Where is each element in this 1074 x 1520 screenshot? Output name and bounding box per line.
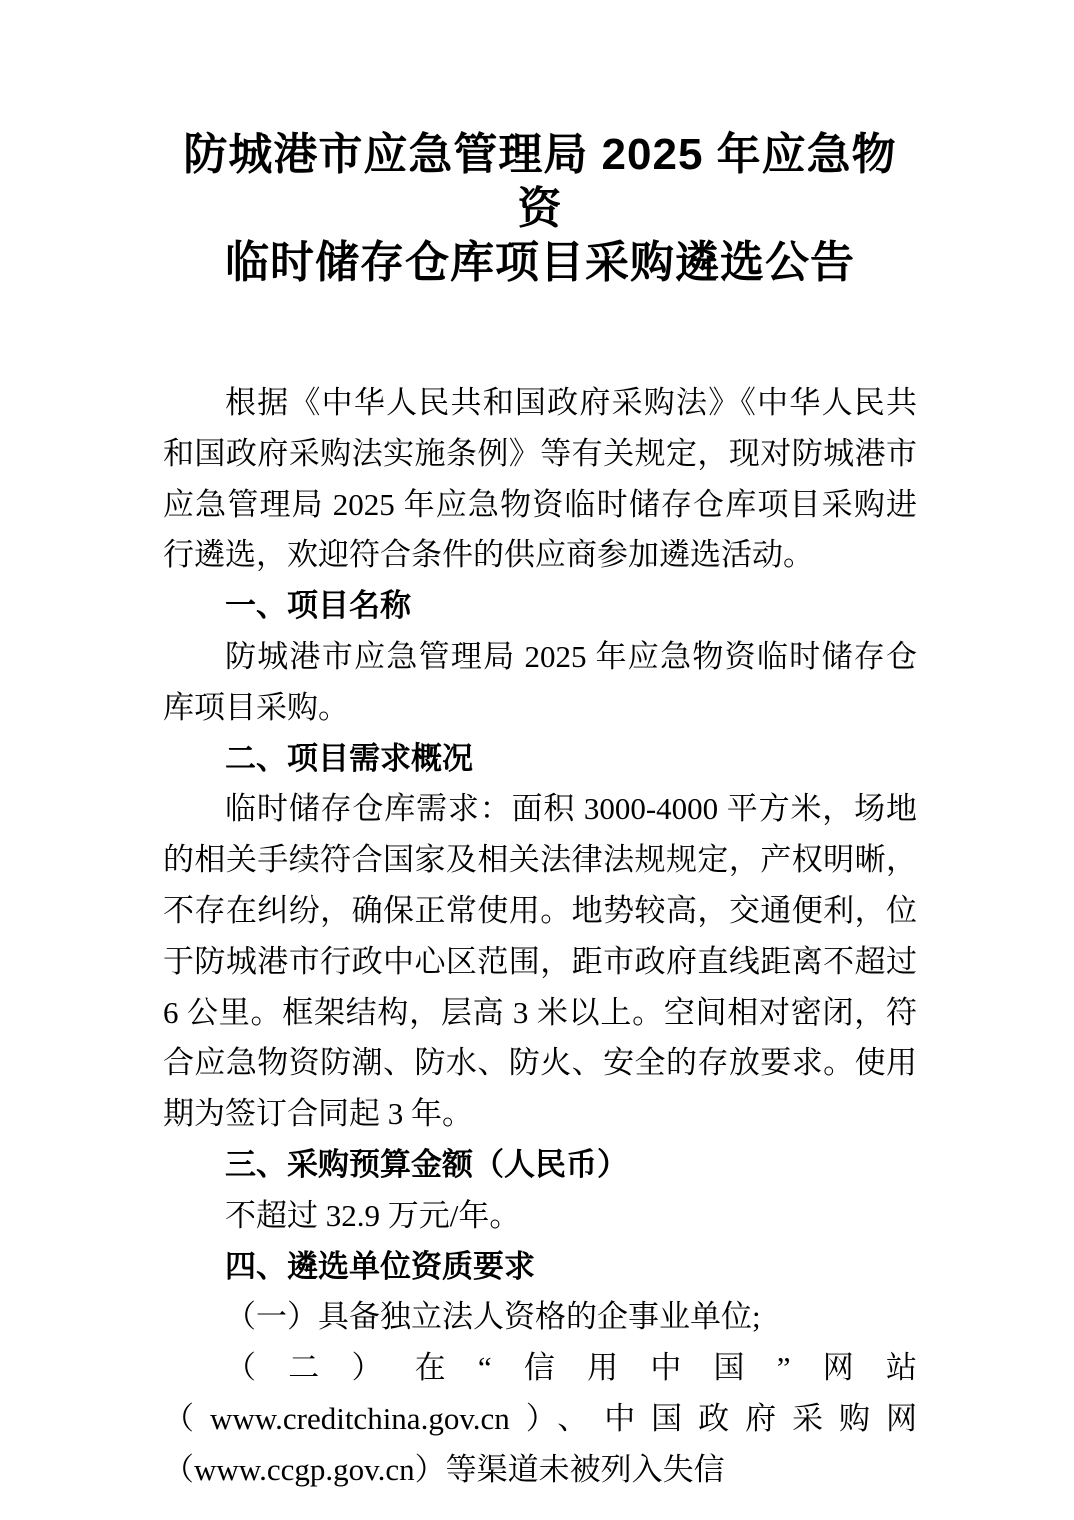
section-heading-requirements: 二、项目需求概况 xyxy=(163,734,917,785)
document-title: 防城港市应急管理局 2025 年应急物资 临时储存仓库项目采购遴选公告 xyxy=(163,128,917,290)
document-page: 防城港市应急管理局 2025 年应急物资 临时储存仓库项目采购遴选公告 根据《中… xyxy=(0,0,1074,1520)
title-line-1: 防城港市应急管理局 2025 年应急物资 xyxy=(163,128,917,236)
section-heading-budget: 三、采购预算金额（人民币） xyxy=(163,1140,917,1191)
section-heading-qualification: 四、遴选单位资质要求 xyxy=(163,1242,917,1293)
project-name-paragraph: 防城港市应急管理局 2025 年应急物资临时储存仓库项目采购。 xyxy=(163,632,917,734)
qualification-item-1: （一）具备独立法人资格的企事业单位; xyxy=(163,1292,917,1343)
title-line-2: 临时储存仓库项目采购遴选公告 xyxy=(163,236,917,290)
intro-paragraph: 根据《中华人民共和国政府采购法》《中华人民共和国政府采购法实施条例》等有关规定，… xyxy=(163,378,917,581)
requirements-paragraph: 临时储存仓库需求：面积 3000-4000 平方米，场地的相关手续符合国家及相关… xyxy=(163,784,917,1140)
budget-paragraph: 不超过 32.9 万元/年。 xyxy=(163,1191,917,1242)
document-body: 根据《中华人民共和国政府采购法》《中华人民共和国政府采购法实施条例》等有关规定，… xyxy=(163,378,917,1496)
qualification-item-2: （二）在“信用中国”网站（www.creditchina.gov.cn）、中国政… xyxy=(163,1343,917,1495)
section-heading-project-name: 一、项目名称 xyxy=(163,581,917,632)
